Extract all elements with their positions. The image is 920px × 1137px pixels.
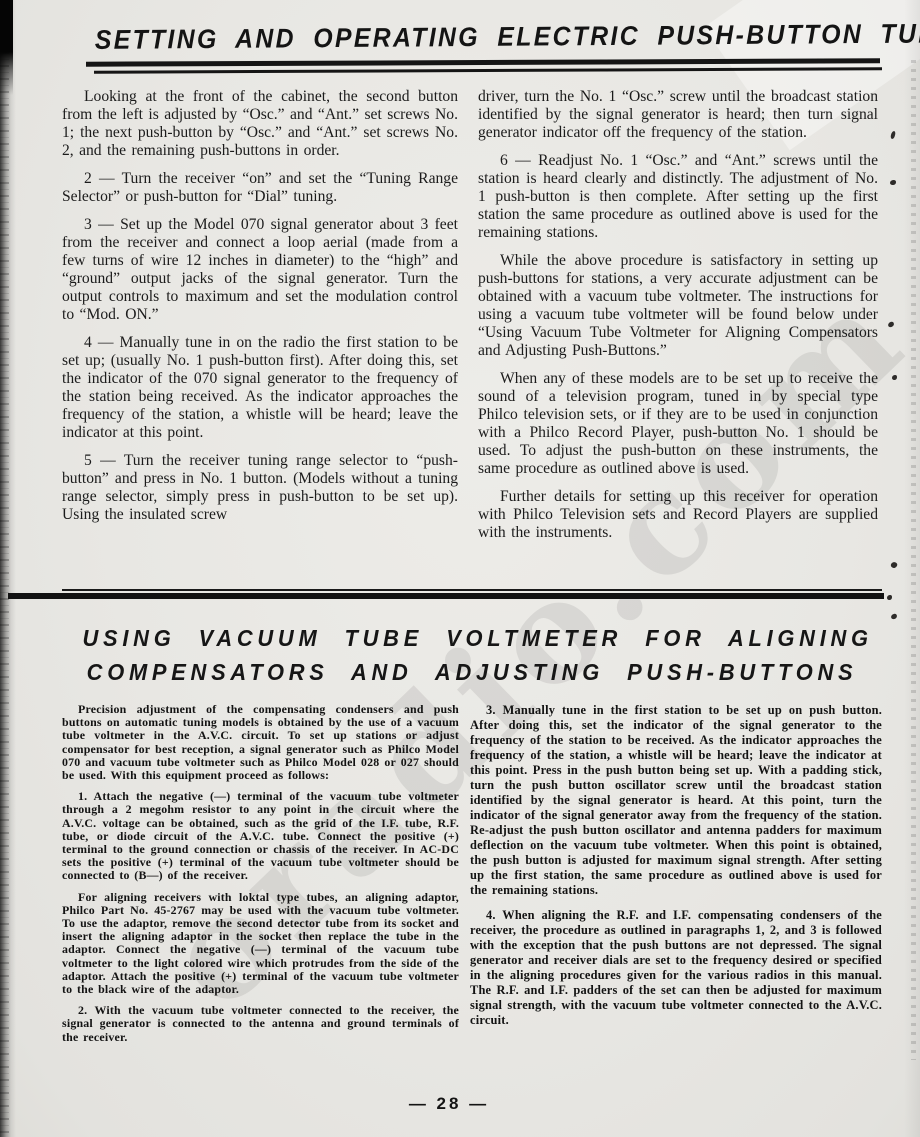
ink-speck <box>892 375 897 380</box>
section1-right-column: driver, turn the No. 1 “Osc.” screw unti… <box>478 88 878 552</box>
page-number: — 28 — <box>349 1094 549 1114</box>
ink-speck <box>890 613 897 619</box>
right-edge-shade <box>904 0 920 1137</box>
paragraph-continuation: driver, turn the No. 1 “Osc.” screw unti… <box>478 88 878 142</box>
section-divider-rule-thin <box>62 589 882 591</box>
section-divider-rule <box>8 593 884 599</box>
paragraph: Precision adjustment of the compensating… <box>62 703 459 782</box>
ink-speck <box>890 180 896 185</box>
paragraph: 2. With the vacuum tube voltmeter connec… <box>62 1004 459 1044</box>
section2-right-column: 3. Manually tune in the first station to… <box>470 703 882 1038</box>
binding-streaks <box>0 0 9 1137</box>
page-header: SETTING AND OPERATING ELECTRIC PUSH-BUTT… <box>95 19 850 56</box>
section2-title-line1: USING VACUUM TUBE VOLTMETER FOR ALIGNING <box>83 621 862 655</box>
binding-shadow-edge <box>0 0 16 1137</box>
section1-left-column: Looking at the front of the cabinet, the… <box>62 88 458 534</box>
paragraph: 4 — Manually tune in on the radio the fi… <box>62 334 458 442</box>
paragraph: 6 — Readjust No. 1 “Osc.” and “Ant.” scr… <box>478 152 878 242</box>
paragraph: 4. When aligning the R.F. and I.F. compe… <box>470 908 882 1028</box>
ink-speck <box>890 131 896 140</box>
paragraph: When any of these models are to be set u… <box>478 370 878 478</box>
paragraph: 1. Attach the negative (—) terminal of t… <box>62 790 459 882</box>
manual-page: oradio.com SETTING AND OPERATING ELECTRI… <box>0 0 920 1137</box>
binding-top-cap <box>0 0 13 95</box>
paragraph: 3 — Set up the Model 070 signal generato… <box>62 216 458 324</box>
paragraph: Further details for setting up this rece… <box>478 488 878 542</box>
section2-title-line2: COMPENSATORS AND ADJUSTING PUSH-BUTTONS <box>83 655 862 689</box>
paragraph: 5 — Turn the receiver tuning range selec… <box>62 452 458 524</box>
ink-speck <box>887 595 892 600</box>
paragraph: For aligning receivers with loktal type … <box>62 891 459 997</box>
paragraph: Looking at the front of the cabinet, the… <box>62 88 458 160</box>
ink-speck <box>887 321 894 328</box>
section2-left-column: Precision adjustment of the compensating… <box>62 703 459 1052</box>
paragraph: While the above procedure is satisfactor… <box>478 252 878 360</box>
paragraph: 2 — Turn the receiver “on” and set the “… <box>62 170 458 206</box>
section2-title: USING VACUUM TUBE VOLTMETER FOR ALIGNING… <box>83 621 862 689</box>
header-title: SETTING AND OPERATING ELECTRIC PUSH-BUTT… <box>95 18 920 55</box>
paragraph: 3. Manually tune in the first station to… <box>470 703 882 898</box>
ink-speck <box>890 561 898 569</box>
